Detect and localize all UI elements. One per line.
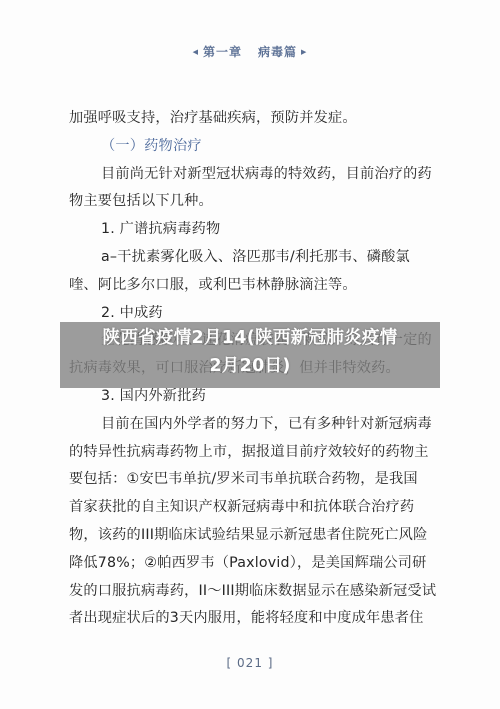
text-line: 要包括：①安巴韦单抗/罗米司韦单抗联合药物，是我国 <box>69 466 449 494</box>
text-line: 目前尚无针对新型冠状病毒的特效药，目前治疗的药 <box>69 161 449 189</box>
triangle-left-icon: ◀ <box>193 47 199 56</box>
text-line: 目前在国内外学者的努力下，已有多种针对新冠病毒 <box>69 411 449 439</box>
chapter-label: 第一章 <box>203 45 242 59</box>
page-number: [ 021 ] <box>0 656 500 670</box>
overlay-title-line-2: 2月20日) <box>60 352 440 380</box>
text-line: 加强呼吸支持，治疗基础疾病，预防并发症。 <box>69 105 449 133</box>
section-subheading: （一）药物治疗 <box>69 133 449 161</box>
overlay-title-line-1: 陕西省疫情2月14(陕西新冠肺炎疫情 <box>60 324 440 352</box>
document-page: ◀第一章病毒篇▶ 加强呼吸支持，治疗基础疾病，预防并发症。 （一）药物治疗 目前… <box>0 0 500 709</box>
text-line: 发的口服抗病毒药，II～III期临床数据显示在感染新冠受试 <box>69 578 449 606</box>
text-line: 者出现症状后的3天内服用，能将轻度和中度成年患者住 <box>69 605 449 633</box>
text-line: 喹、阿比多尔口服，或利巴韦林静脉滴注等。 <box>69 272 449 300</box>
text-line: 物，该药的III期临床试验结果显示新冠患者住院死亡风险 <box>69 522 449 550</box>
list-heading: 1. 广谱抗病毒药物 <box>69 216 449 244</box>
section-label: 病毒篇 <box>258 45 297 59</box>
triangle-right-icon: ▶ <box>301 47 307 56</box>
text-line: 的特异性抗病毒药物上市，据报道目前疗效较好的药物主 <box>69 439 449 467</box>
text-line: 首家获批的自主知识产权新冠病毒中和抗体联合治疗药 <box>69 494 449 522</box>
text-line: 物主要包括以下几种。 <box>69 188 449 216</box>
chapter-header: ◀第一章病毒篇▶ <box>0 43 500 60</box>
overlay-title: 陕西省疫情2月14(陕西新冠肺炎疫情 2月20日) <box>60 324 440 380</box>
text-line: a–干扰素雾化吸入、洛匹那韦/利托那韦、磷酸氯 <box>69 244 449 272</box>
text-line: 降低78%；②帕西罗韦（Paxlovid），是美国辉瑞公司研 <box>69 550 449 578</box>
